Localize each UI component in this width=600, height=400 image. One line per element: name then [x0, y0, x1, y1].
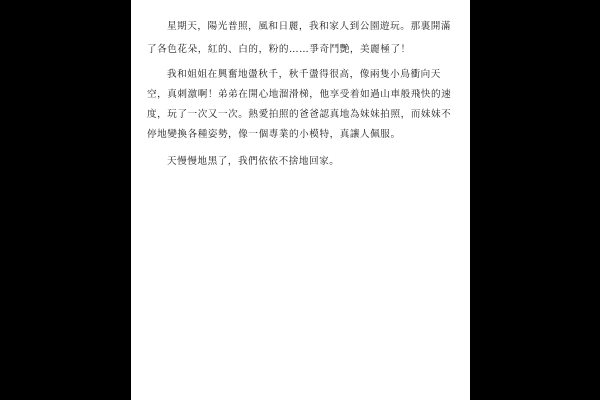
paragraph-3: 天慢慢地黑了，我們依依不捨地回家。 — [147, 152, 452, 172]
document-page: 逛公園－五年一班某某 星期天，陽光普照，風和日麗，我和家人到公園遊玩。那裏開滿了… — [131, 0, 470, 400]
document-viewer: 逛公園－五年一班某某 星期天，陽光普照，風和日麗，我和家人到公園遊玩。那裏開滿了… — [0, 0, 600, 400]
document-title: 逛公園－五年一班某某 — [131, 0, 470, 2]
paragraph-1: 星期天，陽光普照，風和日麗，我和家人到公園遊玩。那裏開滿了各色花朵，紅的、白的，… — [147, 15, 452, 61]
paragraph-2: 我和姐姐在興奮地盪秋千，秋千盪得很高，像兩隻小鳥衝向天空，真刺激啊！弟弟在開心地… — [147, 65, 452, 145]
